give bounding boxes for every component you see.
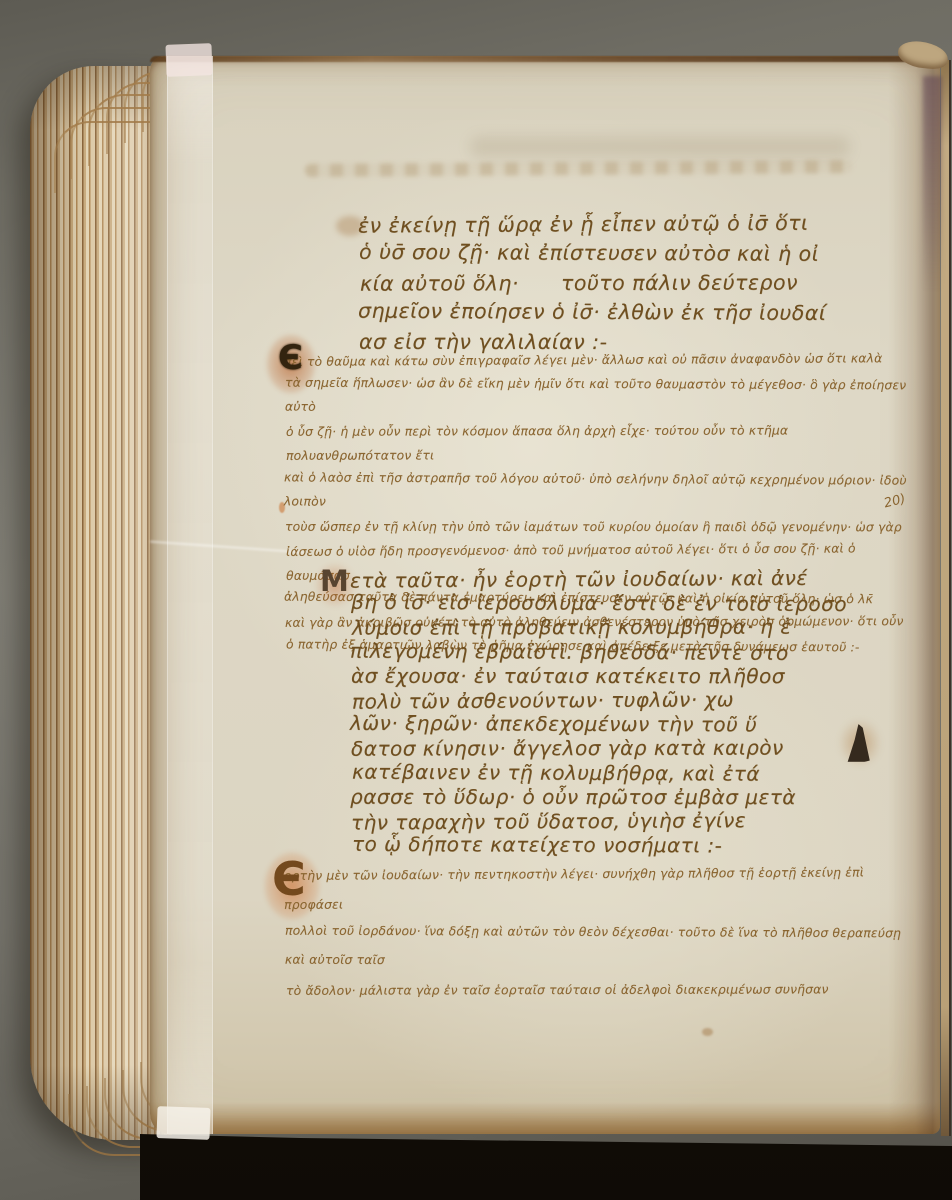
decorated-initial-epsilon-2: Є (272, 852, 306, 906)
manuscript-text-line: ρασσε τὸ ὕδωρ· ὁ οὖν πρῶτοσ ἐμβὰσ μετὰ (350, 785, 882, 810)
manuscript-text-line: λῶν· ξηρῶν· ἀπεκδεχομένων τὴν τοῦ ὕ (350, 711, 882, 738)
decorated-initial-epsilon-1: Є (278, 338, 303, 378)
decorated-initial-mu: Μ (320, 564, 349, 598)
manuscript-text-line: ὁ ὗσ ζῇ· ἡ μὲν οὖν περὶ τὸν κόσμον ἅπασα… (284, 420, 912, 469)
manuscript-text-line: καὶ ὁ λαὸσ ἐπὶ τῆσ ἀστραπῆσ τοῦ λόγου αὐ… (284, 466, 912, 517)
manuscript-text-line: τὴν ταραχὴν τοῦ ὕδατοσ, ὑγιὴσ ἐγίνε (350, 807, 882, 834)
manuscript-text-line: τοὺσ ὥσπερ ἐν τῇ κλίνῃ τὴν ὑπὸ τῶν ἰαμάτ… (284, 515, 912, 539)
manuscript-photo: ἐν ἐκείνῃ τῇ ὥρᾳ ἐν ᾗ εἶπεν αὐτῷ ὁ ἰσ̄ ὅ… (0, 0, 952, 1200)
gospel-text-block-2: ετὰ ταῦτα· ἦν ἑορτὴ τῶν ἰουδαίων· καὶ ἀν… (350, 567, 882, 857)
commentary-block-2: ορτὴν μὲν τῶν ἰουδαίων· τὴν πεντηκοστὴν … (284, 860, 918, 1005)
bleedthrough-smudge (470, 136, 850, 158)
manuscript-text-line: πολὺ τῶν ἀσθενούντων· τυφλῶν· χω (350, 686, 882, 713)
manuscript-text-line: λύμοισ ἐπὶ τῇ προβατικῇ κολυμβήθρα· ἡ ἐ (350, 615, 882, 641)
manuscript-text-line: τὸ ἄδολον· μάλιστα γὰρ ἐν ταῖσ ἑορταῖσ τ… (284, 975, 918, 1006)
manuscript-text-line: ἐν ἐκείνῃ τῇ ὥρᾳ ἐν ᾗ εἶπεν αὐτῷ ὁ ἰσ̄ ὅ… (358, 208, 878, 241)
tape-strip (167, 56, 213, 1134)
tape-tab-bottom (156, 1106, 210, 1140)
manuscript-text-line: δατοσ κίνησιν· ἄγγελοσ γὰρ κατὰ καιρὸν (350, 736, 882, 762)
manuscript-text-line: σημεῖον ἐποίησεν ὁ ἰσ̄· ἐλθὼν ἐκ τῆσ ἰου… (358, 297, 878, 329)
tape-tab-top (165, 43, 212, 77)
manuscript-text-line: πολλοὶ τοῦ ἰορδάνου· ἵνα δόξῃ καὶ αὐτῶν … (284, 917, 918, 978)
manuscript-text-line: πιλεγομένη ἑβραϊστὶ. βηθεσδά· πέντε στο (350, 638, 882, 665)
manuscript-text-line: το ᾧ δήποτε κατείχετο νοσήματι :- (350, 832, 882, 859)
manuscript-text-line: τὰ σημεῖα ἥπλωσεν· ὡσ ἂν δὲ εἴκη μὲν ἡμῖ… (284, 371, 912, 421)
page-top-edge (150, 56, 940, 62)
gutter-stain (923, 76, 942, 291)
manuscript-text-line: ὁ ὑσ̄ σου ζῇ· καὶ ἐπίστευσεν αὐτὸσ καὶ ἡ… (358, 238, 878, 270)
manuscript-text-line: κία αὐτοῦ ὅλη· τοῦτο πάλιν δεύτερον (358, 268, 878, 299)
ink-stain (702, 1028, 713, 1036)
manuscript-text-line: ορτὴν μὲν τῶν ἰουδαίων· τὴν πεντηκοστὴν … (284, 858, 918, 920)
manuscript-text-line: βη ὁ ἰσ̄· εἰσ ἱεροσόλυμα· ἔστι δὲ ἐν τοῖ… (350, 590, 882, 617)
manuscript-text-line: κατέβαινεν ἐν τῇ κολυμβήθρᾳ, καὶ ἐτά (350, 759, 882, 786)
spine-edge (941, 60, 951, 1136)
manuscript-text-line: ὰσ ἔχουσα· ἐν ταύταισ κατέκειτο πλῆθοσ (350, 664, 882, 689)
manuscript-text-line: ετὰ ταῦτα· ἦν ἑορτὴ τῶν ἰουδαίων· καὶ ἀν… (350, 565, 882, 592)
gospel-text-block-1: ἐν ἐκείνῃ τῇ ὥρᾳ ἐν ᾗ εἶπεν αὐτῷ ὁ ἰσ̄ ὅ… (358, 210, 878, 357)
manuscript-text-line: πεὶ τὸ θαῦμα καὶ κάτω σὺν ἐπιγραφαῖσ λέγ… (284, 347, 912, 375)
